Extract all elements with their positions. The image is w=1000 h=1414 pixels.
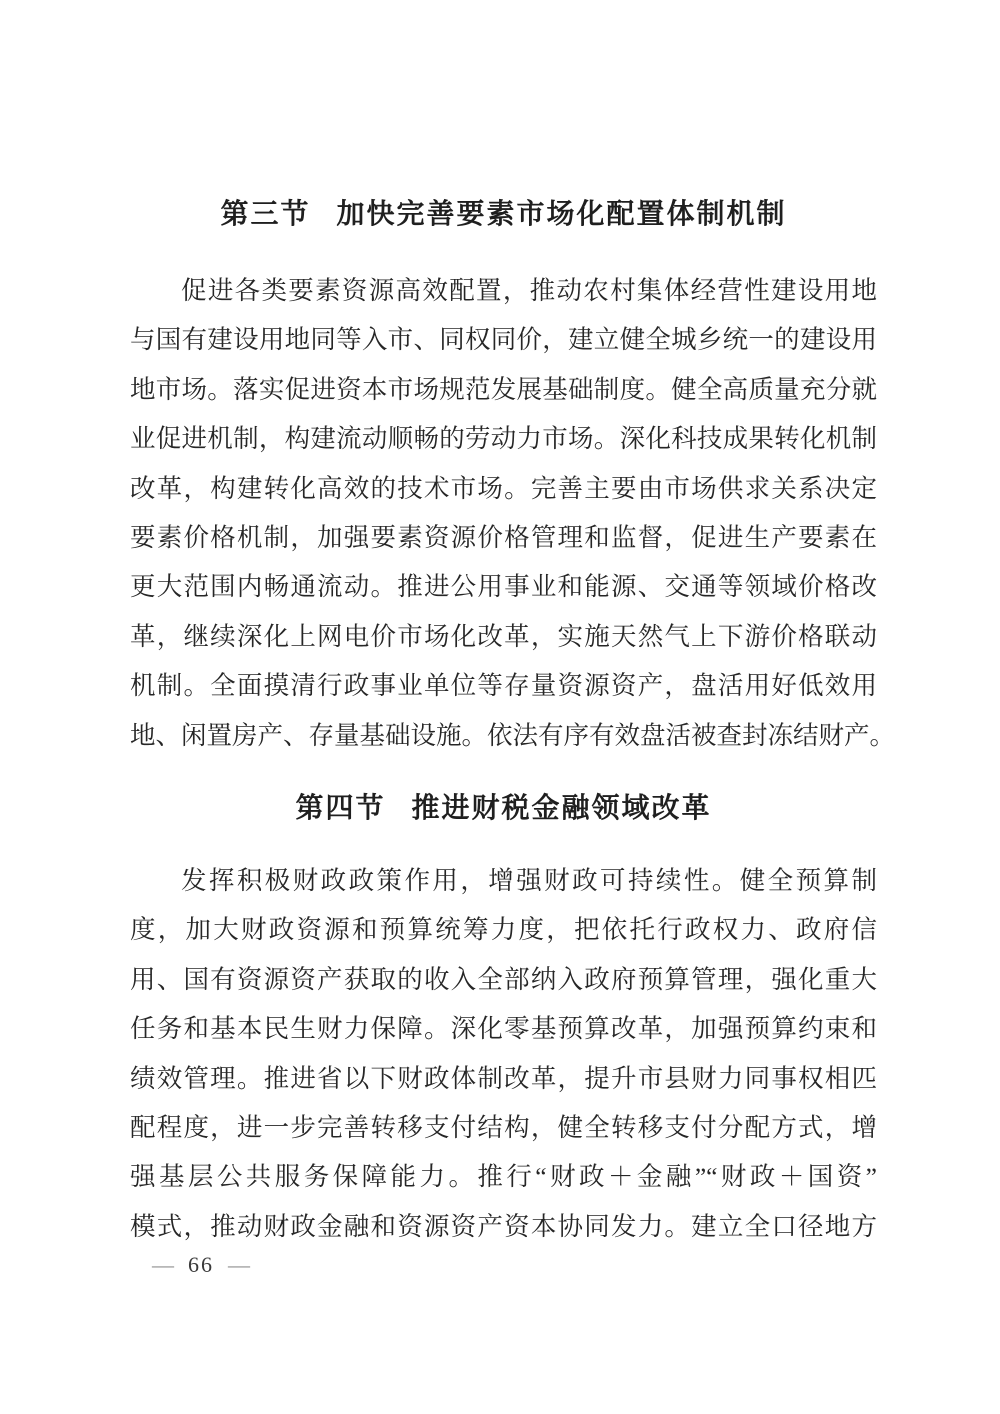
body-line: 促进各类要素资源高效配置，推动农村集体经营性建设用地 — [130, 266, 877, 315]
footer-left-dash: — — [152, 1252, 174, 1277]
body-line: 革，继续深化上网电价市场化改革，实施天然气上下游价格联动 — [130, 612, 877, 661]
section-3-title: 加快完善要素市场化配置体制机制 — [337, 199, 787, 230]
footer-right-dash: — — [228, 1252, 250, 1277]
section-3-paragraph: 促进各类要素资源高效配置，推动农村集体经营性建设用地 与国有建设用地同等入市、同… — [130, 266, 877, 760]
section-3-heading: 第三节加快完善要素市场化配置体制机制 — [130, 192, 877, 232]
body-line: 更大范围内畅通流动。推进公用事业和能源、交通等领域价格改 — [130, 562, 877, 611]
body-line: 任务和基本民生财力保障。深化零基预算改革，加强预算约束和 — [130, 1004, 877, 1053]
body-line: 配程度，进一步完善转移支付结构，健全转移支付分配方式，增 — [130, 1103, 877, 1152]
page-footer: —66— — [152, 1252, 250, 1278]
body-line: 用、国有资源资产获取的收入全部纳入政府预算管理，强化重大 — [130, 955, 877, 1004]
body-line: 模式，推动财政金融和资源资产资本协同发力。建立全口径地方 — [130, 1202, 877, 1251]
section-4-number: 第四节 — [295, 793, 385, 824]
body-line: 强基层公共服务保障能力。推行“财政＋金融”“财政＋国资” — [130, 1152, 877, 1201]
body-line: 要素价格机制，加强要素资源价格管理和监督，促进生产要素在 — [130, 513, 877, 562]
section-4-paragraph: 发挥积极财政政策作用，增强财政可持续性。健全预算制 度，加大财政资源和预算统筹力… — [130, 856, 877, 1251]
body-line: 与国有建设用地同等入市、同权同价，建立健全城乡统一的建设用 — [130, 315, 877, 364]
body-line: 发挥积极财政政策作用，增强财政可持续性。健全预算制 — [130, 856, 877, 905]
body-line: 改革，构建转化高效的技术市场。完善主要由市场供求关系决定 — [130, 464, 877, 513]
section-4-title: 推进财税金融领域改革 — [412, 793, 712, 824]
body-line: 机制。全面摸清行政事业单位等存量资源资产，盘活用好低效用 — [130, 661, 877, 710]
body-line: 度，加大财政资源和预算统筹力度，把依托行政权力、政府信 — [130, 905, 877, 954]
body-line: 业促进机制，构建流动顺畅的劳动力市场。深化科技成果转化机制 — [130, 414, 877, 463]
body-line: 地市场。落实促进资本市场规范发展基础制度。健全高质量充分就 — [130, 365, 877, 414]
body-line: 地、闲置房产、存量基础设施。依法有序有效盘活被查封冻结财产。 — [130, 711, 877, 760]
section-4-heading: 第四节推进财税金融领域改革 — [130, 786, 877, 826]
page-number: 66 — [188, 1252, 214, 1277]
section-3-number: 第三节 — [220, 199, 310, 230]
document-page: 第三节加快完善要素市场化配置体制机制 促进各类要素资源高效配置，推动农村集体经营… — [0, 0, 1000, 1414]
body-line: 绩效管理。推进省以下财政体制改革，提升市县财力同事权相匹 — [130, 1054, 877, 1103]
